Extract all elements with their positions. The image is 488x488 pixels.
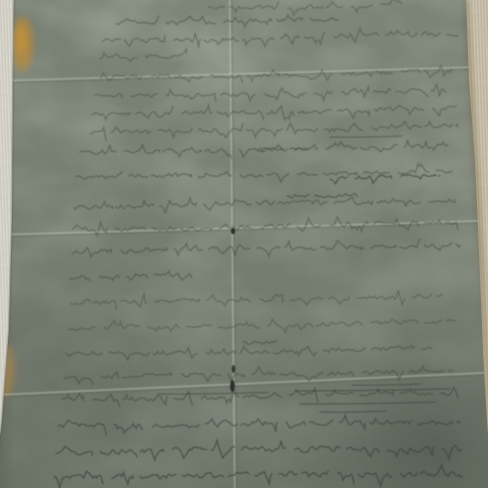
- letter-detail-overlay: [0, 0, 488, 488]
- photo-grain: [0, 0, 488, 488]
- photo-of-handwritten-letter: [0, 0, 488, 488]
